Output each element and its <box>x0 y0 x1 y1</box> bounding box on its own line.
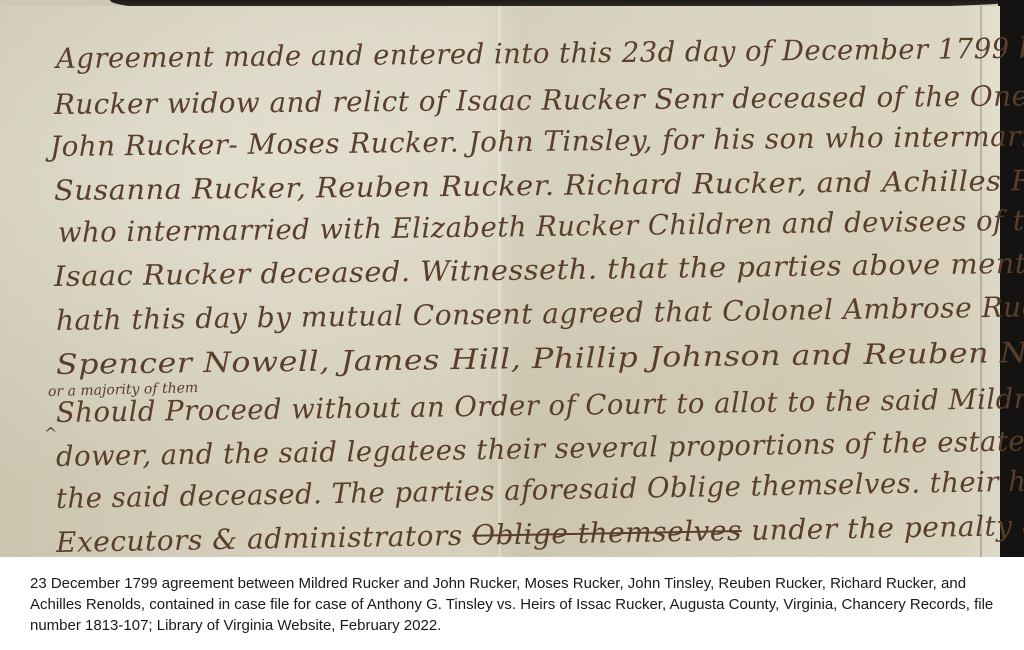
manuscript-line-8: Spencer Nowell, James Hill, Phillip John… <box>56 335 1024 381</box>
manuscript-line-11: the said deceased. The parties aforesaid… <box>56 464 1024 515</box>
caption-line-3: number 1813-107; Library of Virginia Web… <box>30 615 1010 636</box>
manuscript-line-7: hath this day by mutual Consent agreed t… <box>56 290 1024 337</box>
manuscript-line-4: Susanna Rucker, Reuben Rucker. Richard R… <box>54 163 1024 207</box>
manuscript-line-12: Executors & administrators Oblige themse… <box>56 507 1024 557</box>
struck-through-text: Oblige themselves <box>472 514 742 552</box>
manuscript-line-9: Should Proceed without an Order of Court… <box>56 381 1024 429</box>
manuscript-line-12-start: Executors & administrators <box>56 519 463 557</box>
manuscript-line-1: Agreement made and entered into this 23d… <box>56 30 1024 75</box>
manuscript-line-3: John Rucker- Moses Rucker. John Tinsley,… <box>50 118 1024 163</box>
caption-line-1: 23 December 1799 agreement between Mildr… <box>30 573 1010 594</box>
document-page: Agreement made and entered into this 23d… <box>0 0 1024 650</box>
manuscript-line-12-end: under the penalty of One <box>751 507 1024 546</box>
manuscript-line-10: dower, and the said legatees their sever… <box>56 424 1024 473</box>
manuscript-line-2: Rucker widow and relict of Isaac Rucker … <box>54 78 1024 121</box>
manuscript-paper: Agreement made and entered into this 23d… <box>0 6 1000 557</box>
manuscript-photo: Agreement made and entered into this 23d… <box>0 0 1024 557</box>
manuscript-line-6: Isaac Rucker deceased. Witnesseth. that … <box>54 246 1024 293</box>
image-caption: 23 December 1799 agreement between Mildr… <box>30 573 1010 636</box>
manuscript-line-5: who intermarried with Elizabeth Rucker C… <box>58 203 1024 249</box>
caption-line-2: Achilles Renolds, contained in case file… <box>30 594 1010 615</box>
